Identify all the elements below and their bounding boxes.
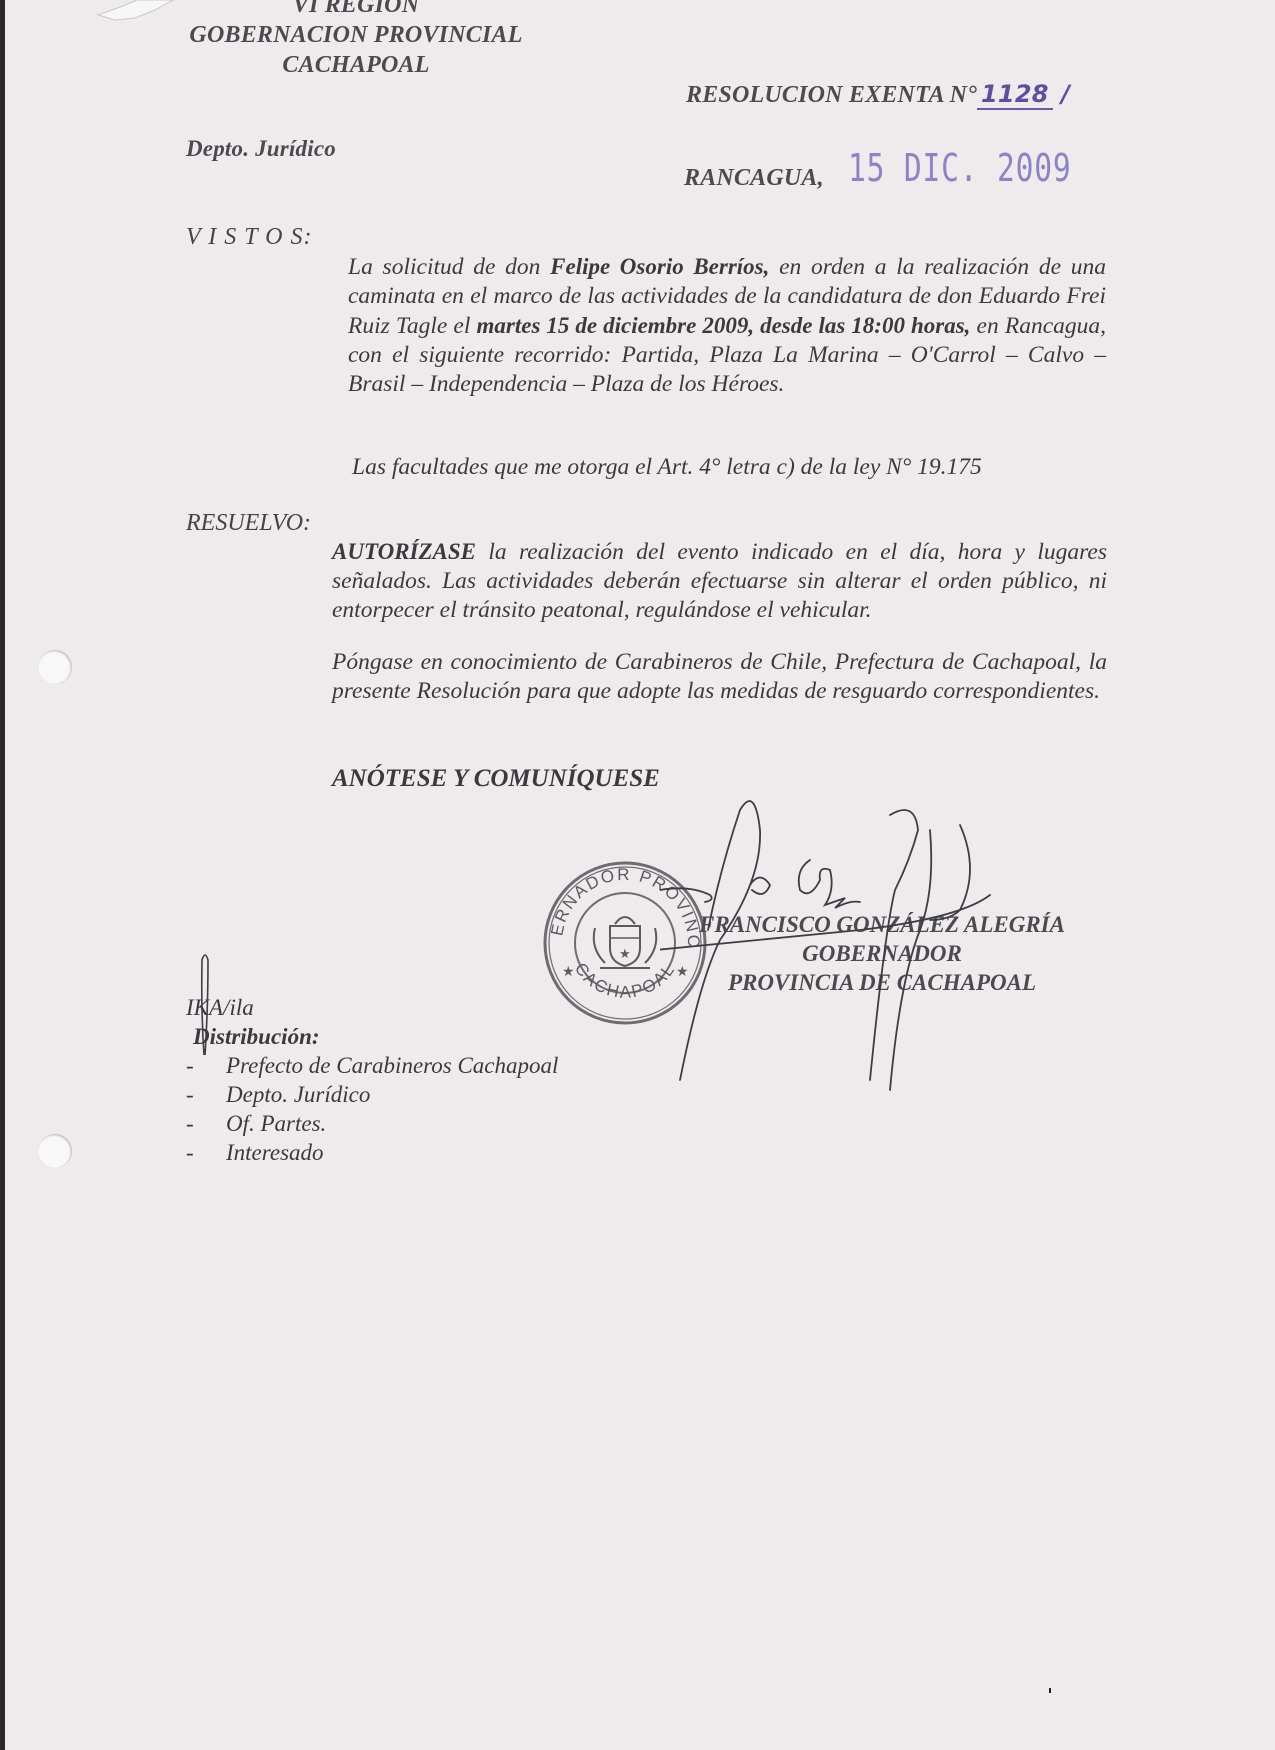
distribution-list: -Prefecto de Carabineros Cachapoal-Depto… [186, 1051, 558, 1167]
resuelvo-label: RESUELVO: [186, 510, 311, 537]
torn-corner [95, 0, 175, 22]
letterhead: VI REGION GOBERNACION PROVINCIAL CACHAPO… [186, 0, 526, 80]
closing-formula: ANÓTESE Y COMUNÍQUESE [332, 764, 660, 793]
handwritten-signature [660, 790, 1120, 1120]
distribution-item-text: Interesado [226, 1138, 324, 1167]
resuelvo-notification: Póngase en conocimiento de Carabineros d… [332, 648, 1107, 706]
bullet-dash: - [186, 1080, 226, 1109]
distribution-item: -Prefecto de Carabineros Cachapoal [186, 1051, 558, 1080]
punch-hole [38, 1134, 72, 1168]
emphasis-text: Felipe Osorio Berríos, [550, 254, 769, 279]
vistos-paragraph: La solicitud de don Felipe Osorio Berrío… [348, 252, 1106, 399]
authorization-keyword: AUTORÍZASE [332, 539, 476, 564]
province: CACHAPOAL [186, 50, 526, 80]
distribution-item: -Of. Partes. [186, 1109, 558, 1138]
resuelvo-authorization: AUTORÍZASE la realización del evento ind… [332, 537, 1107, 625]
bullet-dash: - [186, 1138, 226, 1167]
distribution-label: Distribución: [193, 1022, 320, 1051]
bullet-dash: - [186, 1051, 226, 1080]
vistos-label: V I S T O S: [186, 224, 312, 251]
region: VI REGION [186, 0, 526, 20]
distribution-item-text: Depto. Jurídico [226, 1080, 370, 1109]
city-label: RANCAGUA, [684, 165, 824, 192]
punch-hole [38, 650, 72, 684]
resolution-label: RESOLUCION EXENTA N°1128 / [686, 80, 1070, 109]
scan-edge [0, 0, 5, 1750]
ink-speck [1049, 1688, 1051, 1693]
date-stamp: 15 DIC. 2009 [848, 146, 1072, 190]
vistos-legal-basis: Las facultades que me otorga el Art. 4° … [352, 453, 1112, 482]
svg-text:★: ★ [562, 965, 575, 980]
department: Depto. Jurídico [186, 136, 336, 162]
agency: GOBERNACION PROVINCIAL [186, 20, 526, 50]
paragraph-text: La solicitud de don [348, 254, 550, 280]
distribution-item: -Interesado [186, 1138, 558, 1167]
emphasis-text: martes 15 de diciembre 2009, desde las 1… [477, 313, 971, 338]
distribution-item-text: Of. Partes. [226, 1109, 326, 1138]
distribution-item-text: Prefecto de Carabineros Cachapoal [226, 1051, 558, 1080]
distribution-item: -Depto. Jurídico [186, 1080, 558, 1109]
resolution-number: 1128 [977, 80, 1053, 110]
svg-text:★: ★ [619, 946, 631, 961]
bullet-dash: - [186, 1109, 226, 1138]
resolution-label-text: RESOLUCION EXENTA N° [686, 82, 977, 108]
typist-initials: IKA/ila [186, 993, 254, 1022]
